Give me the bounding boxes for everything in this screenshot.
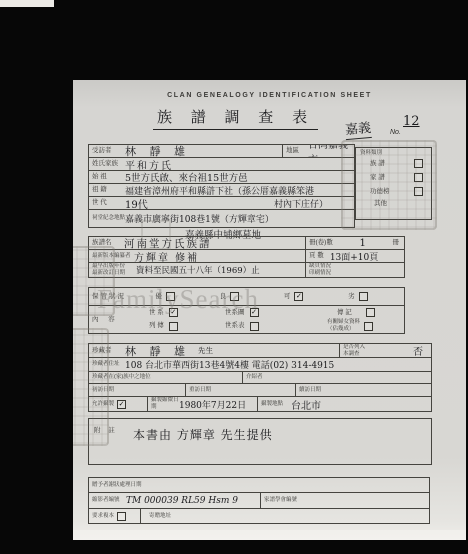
row-owner-address: 珍藏者住址 108 台北市華西街13巷4號4樓 電話(02) 314-4915	[89, 358, 431, 372]
book-name-label: 族譜名	[89, 239, 124, 246]
content-lineage: 世 系✓	[133, 306, 225, 319]
keeping-poor-label: 劣	[348, 293, 355, 300]
remarks-box: 附 註 本書由 方輝章 先生提供	[88, 418, 432, 465]
row-generations: 世 代 19代 村內下庄仔）	[89, 197, 354, 210]
area-label: 地區	[282, 145, 308, 157]
no-label: No.	[390, 129, 401, 136]
content-biography-label: 傳 記	[337, 309, 352, 316]
first-visit-label: 初訪日期	[89, 384, 186, 396]
keeping-good-checkbox	[230, 292, 239, 301]
listed-value: 否	[413, 344, 423, 358]
category-box: 資料類別 族 譜 家 譜 功德榜 其他	[355, 147, 432, 220]
keeping-poor-checkbox	[359, 292, 368, 301]
content-lineage-table: 世系表	[225, 319, 325, 333]
content-women-records-label-line1: 有關婦女資料	[327, 319, 360, 326]
volumes-unit: 冊	[393, 239, 400, 246]
form-header: CLAN GENEALOGY IDENTIFICATION SHEET	[73, 92, 466, 99]
listed-label-line2: 本調查	[343, 351, 365, 358]
missing-pages-label: 缺頁情況	[309, 263, 404, 270]
owner-address-value: 108 台北市華西街13巷4號4樓 電話(02) 314-4915	[125, 358, 431, 371]
filming-permission-cell: 允許攝製 ✓	[89, 397, 148, 411]
film-edge-sliver	[0, 0, 54, 7]
row-book-name: 族譜名 河南堂方氏族譜 冊(卷)數 1 冊	[89, 237, 404, 250]
memorial-value: 嘉義市廣寧街108巷1號（方輝章宅）	[125, 210, 354, 227]
book-table: 族譜名 河南堂方氏族譜 冊(卷)數 1 冊 最新版本編纂者 方輝章 修補 頁 數…	[88, 236, 405, 278]
generations-label: 世 代	[89, 197, 125, 209]
basic-info-table: 受訪者 林 靜 雄 地區 台灣嘉義市 姓氏家族 平和方氏 始 祖 5世方氏啟、來…	[88, 144, 355, 228]
row-contents: 內 容 世 系✓ 世系圖✓ 傳 記 列 傳 世系表 有關婦女資料 （佔幾成）	[89, 306, 404, 333]
form-title: 族 譜 調 查 表	[153, 106, 318, 130]
content-lineage-chart-label: 世系圖	[225, 309, 245, 316]
remarks-value: 本書由 方輝章 先生提供	[133, 426, 273, 443]
row-filming: 允許攝製 ✓ 攝製縮微日期 1980年7月22日 攝製地點 台北市	[89, 397, 431, 411]
book-name-cell: 族譜名 河南堂方氏族譜	[89, 237, 306, 249]
content-biography: 傳 記	[325, 306, 404, 319]
compiler-cell: 最新版本編纂者 方輝章 修補	[89, 250, 306, 262]
pages-cell: 頁 數 13面+10頁	[306, 250, 404, 262]
content-memoirs-checkbox	[169, 322, 178, 331]
film-number-label: 縮影者編號	[92, 497, 126, 504]
row-owner: 珍藏者 林 靜 雄 先生 是否列入 本調查 否	[89, 344, 431, 358]
content-lineage-label: 世 系	[149, 309, 164, 316]
filming-permission-label: 允許攝製	[92, 401, 114, 408]
page-bottom-highlight	[73, 530, 466, 540]
pages-label: 頁 數	[306, 252, 324, 259]
category-option-jiapu: 家 譜	[356, 171, 431, 185]
keeping-fair-label: 可	[284, 293, 291, 300]
first-ancestor-label: 始 祖	[89, 171, 125, 183]
category-option-zupu-label: 族 譜	[370, 160, 385, 167]
content-lineage-checkbox: ✓	[169, 308, 178, 317]
row-publication: 最早出版年份 最新改訂日期 資料至民國五十八年（1969）止 缺頁情況 印刷情況	[89, 263, 404, 277]
film-place-label: 攝製地點	[261, 401, 283, 408]
film-date-label: 攝製縮微日期	[151, 397, 179, 411]
publication-label-line1: 最早出版年份	[92, 263, 136, 270]
category-option-gongdebang-checkbox	[414, 187, 423, 196]
compiler-value: 方輝章 修補	[134, 250, 199, 263]
category-option-gongdebang-label: 功德榜	[370, 188, 390, 195]
keeping-option-poor: 劣	[348, 288, 368, 305]
keeping-option-excellent: 優	[155, 288, 175, 305]
content-lineage-table-checkbox	[250, 322, 259, 331]
content-women-records: 有關婦女資料 （佔幾成）	[325, 319, 404, 333]
keeping-excellent-checkbox	[166, 292, 175, 301]
category-option-jiapu-label: 家 譜	[370, 174, 385, 181]
film-number-cell: 縮影者編號 TM 000039 RL59 Hsm 9	[89, 493, 261, 508]
row-clan: 姓氏家族 平和方氏	[89, 158, 354, 171]
remarks-label: 附 註	[94, 427, 118, 434]
memorial-label: 祠堂紀念地點	[89, 210, 125, 227]
volumes-label: 冊(卷)數	[306, 239, 333, 246]
row-film-number: 縮影者編號 TM 000039 RL59 Hsm 9 家譜學會編號	[89, 493, 429, 509]
publication-value: 資料至民國五十八年（1969）止	[136, 264, 260, 276]
copy-request-cell: 要求複本	[89, 509, 141, 523]
owner-position-label: 珍藏者在(家)族中之地位	[89, 372, 243, 383]
clan-value: 平和方氏	[125, 158, 354, 170]
content-women-records-checkbox	[364, 322, 373, 331]
microfilm-frame: CLAN GENEALOGY IDENTIFICATION SHEET 族 譜 …	[0, 0, 468, 554]
content-lineage-table-label: 世系表	[225, 322, 245, 329]
ancestral-home-value: 福建省漳州府平和縣滸下社（孫公厝嘉義縣笨港	[125, 184, 354, 196]
owner-table: 珍藏者 林 靜 雄 先生 是否列入 本調查 否 珍藏者住址 108 台北市華西街…	[88, 343, 432, 412]
area-value: 台灣嘉義市	[308, 145, 354, 157]
ancestral-home-label: 祖 籍	[89, 184, 125, 196]
condition-table: 保管狀況 優 良 可✓ 劣 內 容 世 系✓ 世系圖✓ 傳 記	[88, 287, 405, 334]
content-lineage-chart: 世系圖✓	[225, 306, 325, 319]
film-place-value: 台北市	[291, 397, 321, 411]
no-value: 12	[403, 114, 420, 129]
film-place-cell: 攝製地點 台北市	[258, 397, 431, 411]
category-option-gongdebang: 功德榜	[356, 185, 431, 199]
row-owner-position: 珍藏者在(家)族中之地位 介紹者	[89, 372, 431, 384]
publication-label: 最早出版年份 最新改訂日期	[89, 263, 136, 277]
interviewee-label: 受訪者	[89, 145, 125, 157]
volumes-value: 1	[359, 238, 365, 249]
row-interviewee: 受訪者 林 靜 雄 地區 台灣嘉義市	[89, 145, 354, 158]
row-ancestral-home: 祖 籍 福建省漳州府平和縣滸下社（孫公厝嘉義縣笨港	[89, 184, 354, 197]
content-biography-checkbox	[366, 308, 375, 317]
film-date-cell: 攝製縮微日期 1980年7月22日	[148, 397, 258, 411]
print-condition-cell: 缺頁情況 印刷情況	[306, 263, 404, 277]
row-compiler: 最新版本編纂者 方輝章 修補 頁 數 13面+10頁	[89, 250, 404, 263]
category-option-zupu: 族 譜	[356, 157, 431, 171]
region-annotation: 嘉義	[344, 117, 372, 140]
row-first-ancestor: 始 祖 5世方氏啟、來台祖15世方邑	[89, 171, 354, 184]
content-lineage-chart-checkbox: ✓	[250, 308, 259, 317]
category-title: 資料類別	[356, 148, 431, 157]
thanks-letter-label: 贈予者謝狀處理日期	[89, 478, 142, 492]
owner-suffix: 先生	[198, 344, 213, 357]
category-option-jiapu-checkbox	[414, 173, 423, 182]
owner-label: 珍藏者	[89, 344, 125, 357]
print-condition-label: 印刷情況	[309, 270, 404, 277]
send-address-label: 寄贈地址	[141, 509, 429, 523]
society-number-label: 家譜學會編號	[261, 493, 429, 508]
content-memoirs: 列 傳	[133, 319, 225, 333]
admin-table: 贈予者謝狀處理日期 縮影者編號 TM 000039 RL59 Hsm 9 家譜學…	[88, 477, 430, 524]
listed-cell: 是否列入 本調查 否	[339, 344, 431, 357]
filming-permission-checkbox: ✓	[117, 400, 126, 409]
generations-value: 19代	[125, 197, 148, 209]
keeping-option-fair: 可✓	[284, 288, 304, 305]
keeping-good-label: 良	[220, 293, 227, 300]
publication-cell: 最早出版年份 最新改訂日期 資料至民國五十八年（1969）止	[89, 263, 306, 277]
compiler-label: 最新版本編纂者	[89, 253, 134, 260]
pages-value: 13面+10頁	[330, 250, 378, 263]
clan-label: 姓氏家族	[89, 158, 125, 170]
owner-value: 林 靜 雄	[125, 344, 190, 357]
keeping-fair-checkbox: ✓	[294, 292, 303, 301]
first-ancestor-value: 5世方氏啟、來台祖15世方邑	[125, 171, 354, 183]
category-option-zupu-checkbox	[414, 159, 423, 168]
contents-label: 內 容	[89, 306, 133, 333]
row-visit-dates: 初訪日期 重訪日期 續訪日期	[89, 384, 431, 397]
listed-label: 是否列入 本調查	[340, 344, 365, 357]
keeping-option-good: 良	[220, 288, 240, 305]
introducer-label: 介紹者	[243, 372, 431, 383]
contents-row-2: 列 傳 世系表 有關婦女資料 （佔幾成）	[133, 319, 404, 333]
publication-label-line2: 最新改訂日期	[92, 270, 136, 277]
film-date-value: 1980年7月22日	[179, 398, 246, 411]
book-name-value: 河南堂方氏族譜	[124, 237, 212, 250]
copy-request-checkbox	[117, 512, 126, 521]
content-women-records-label: 有關婦女資料 （佔幾成）	[327, 319, 360, 333]
film-number-value: TM 000039 RL59 Hsm 9	[126, 496, 238, 506]
interviewee-value: 林 靜 雄	[125, 145, 282, 157]
category-option-other-label: 其他	[356, 199, 431, 207]
row-copy-request: 要求複本 寄贈地址	[89, 509, 429, 523]
row-thanks-letter: 贈予者謝狀處理日期	[89, 478, 429, 493]
row-keeping-condition: 保管狀況 優 良 可✓ 劣	[89, 288, 404, 306]
content-women-records-label-line2: （佔幾成）	[327, 326, 360, 333]
owner-address-label: 珍藏者住址	[89, 358, 125, 371]
second-visit-label: 重訪日期	[186, 384, 296, 396]
followup-visit-label: 續訪日期	[296, 384, 431, 396]
row-memorial-sites: 祠堂紀念地點 嘉義市廣寧街108巷1號（方輝章宅）	[89, 210, 354, 227]
volumes-cell: 冊(卷)數 1 冊	[306, 237, 404, 249]
keeping-label: 保管狀況	[89, 288, 133, 305]
ancestral-home-continuation: 村內下庄仔）	[274, 197, 328, 209]
copy-request-label: 要求複本	[92, 513, 114, 520]
contents-options: 世 系✓ 世系圖✓ 傳 記 列 傳 世系表 有關婦女資料 （佔幾成）	[133, 306, 404, 333]
content-memoirs-label: 列 傳	[149, 322, 164, 329]
keeping-options: 優 良 可✓ 劣	[133, 288, 404, 305]
scanned-form-page: CLAN GENEALOGY IDENTIFICATION SHEET 族 譜 …	[73, 80, 466, 540]
keeping-excellent-label: 優	[155, 293, 162, 300]
contents-row-1: 世 系✓ 世系圖✓ 傳 記	[133, 306, 404, 319]
